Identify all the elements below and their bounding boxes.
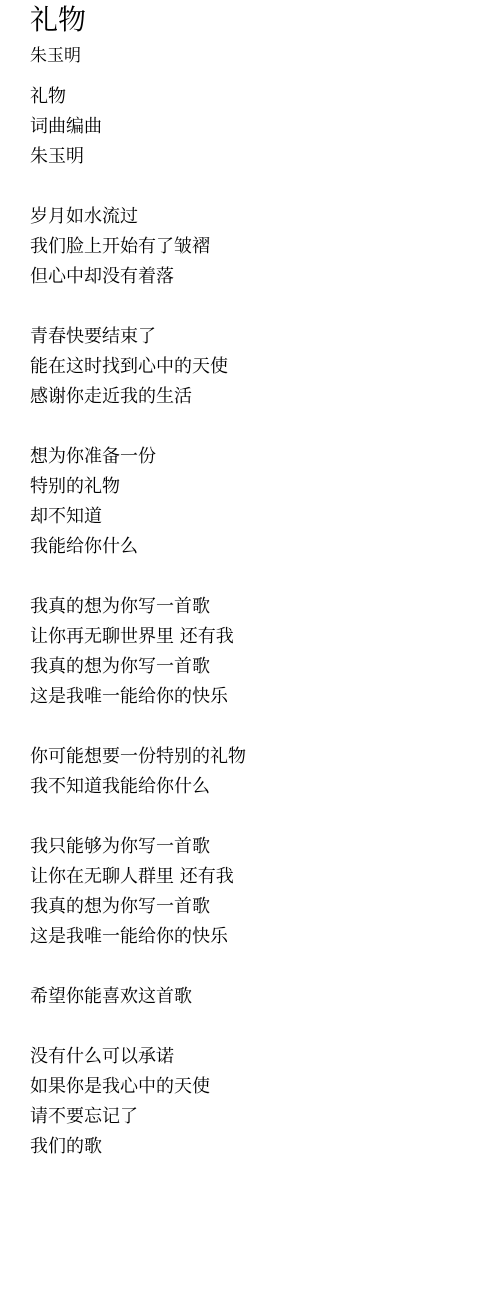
lyric-line: 但心中却没有着落	[30, 262, 480, 292]
lyric-line: 让你在无聊人群里 还有我	[30, 862, 480, 892]
lyric-line: 这是我唯一能给你的快乐	[30, 682, 480, 712]
lyric-line: 希望你能喜欢这首歌	[30, 982, 480, 1012]
lyric-line: 没有什么可以承诺	[30, 1042, 480, 1072]
lyric-line: 你可能想要一份特别的礼物	[30, 742, 480, 772]
lyric-line: 我真的想为你写一首歌	[30, 892, 480, 922]
lyric-line: 青春快要结束了	[30, 322, 480, 352]
lyric-line: 让你再无聊世界里 还有我	[30, 622, 480, 652]
lyric-stanza: 岁月如水流过我们脸上开始有了皱褶但心中却没有着落	[30, 202, 480, 292]
lyric-line: 能在这时找到心中的天使	[30, 352, 480, 382]
lyric-stanza: 希望你能喜欢这首歌	[30, 982, 480, 1012]
lyric-line: 却不知道	[30, 502, 480, 532]
lyric-stanza: 我真的想为你写一首歌让你再无聊世界里 还有我我真的想为你写一首歌这是我唯一能给你…	[30, 592, 480, 712]
lyric-line: 感谢你走近我的生活	[30, 382, 480, 412]
page-title: 礼物	[30, 2, 480, 38]
lyric-line: 请不要忘记了	[30, 1102, 480, 1132]
lyric-stanza: 你可能想要一份特别的礼物我不知道我能给你什么	[30, 742, 480, 802]
lyrics-page: 礼物 朱玉明 礼物词曲编曲朱玉明岁月如水流过我们脸上开始有了皱褶但心中却没有着落…	[0, 0, 500, 1300]
lyric-stanza: 礼物词曲编曲朱玉明	[30, 82, 480, 172]
lyric-line: 我只能够为你写一首歌	[30, 832, 480, 862]
lyric-line: 朱玉明	[30, 142, 480, 172]
lyric-line: 我不知道我能给你什么	[30, 772, 480, 802]
lyric-line: 我真的想为你写一首歌	[30, 592, 480, 622]
lyric-line: 我们脸上开始有了皱褶	[30, 232, 480, 262]
lyric-stanza: 没有什么可以承诺如果你是我心中的天使请不要忘记了我们的歌	[30, 1042, 480, 1162]
lyric-line: 想为你准备一份	[30, 442, 480, 472]
lyric-line: 我能给你什么	[30, 532, 480, 562]
lyric-stanza: 想为你准备一份特别的礼物却不知道我能给你什么	[30, 442, 480, 562]
lyric-line: 礼物	[30, 82, 480, 112]
lyric-line: 词曲编曲	[30, 112, 480, 142]
lyric-line: 如果你是我心中的天使	[30, 1072, 480, 1102]
lyric-line: 这是我唯一能给你的快乐	[30, 922, 480, 952]
artist-name: 朱玉明	[30, 44, 480, 68]
lyric-line: 我真的想为你写一首歌	[30, 652, 480, 682]
lyric-line: 我们的歌	[30, 1132, 480, 1162]
lyric-stanza: 青春快要结束了能在这时找到心中的天使感谢你走近我的生活	[30, 322, 480, 412]
lyric-line: 特别的礼物	[30, 472, 480, 502]
lyric-stanza: 我只能够为你写一首歌让你在无聊人群里 还有我我真的想为你写一首歌这是我唯一能给你…	[30, 832, 480, 952]
lyric-line: 岁月如水流过	[30, 202, 480, 232]
lyrics-body: 礼物词曲编曲朱玉明岁月如水流过我们脸上开始有了皱褶但心中却没有着落青春快要结束了…	[30, 82, 480, 1162]
